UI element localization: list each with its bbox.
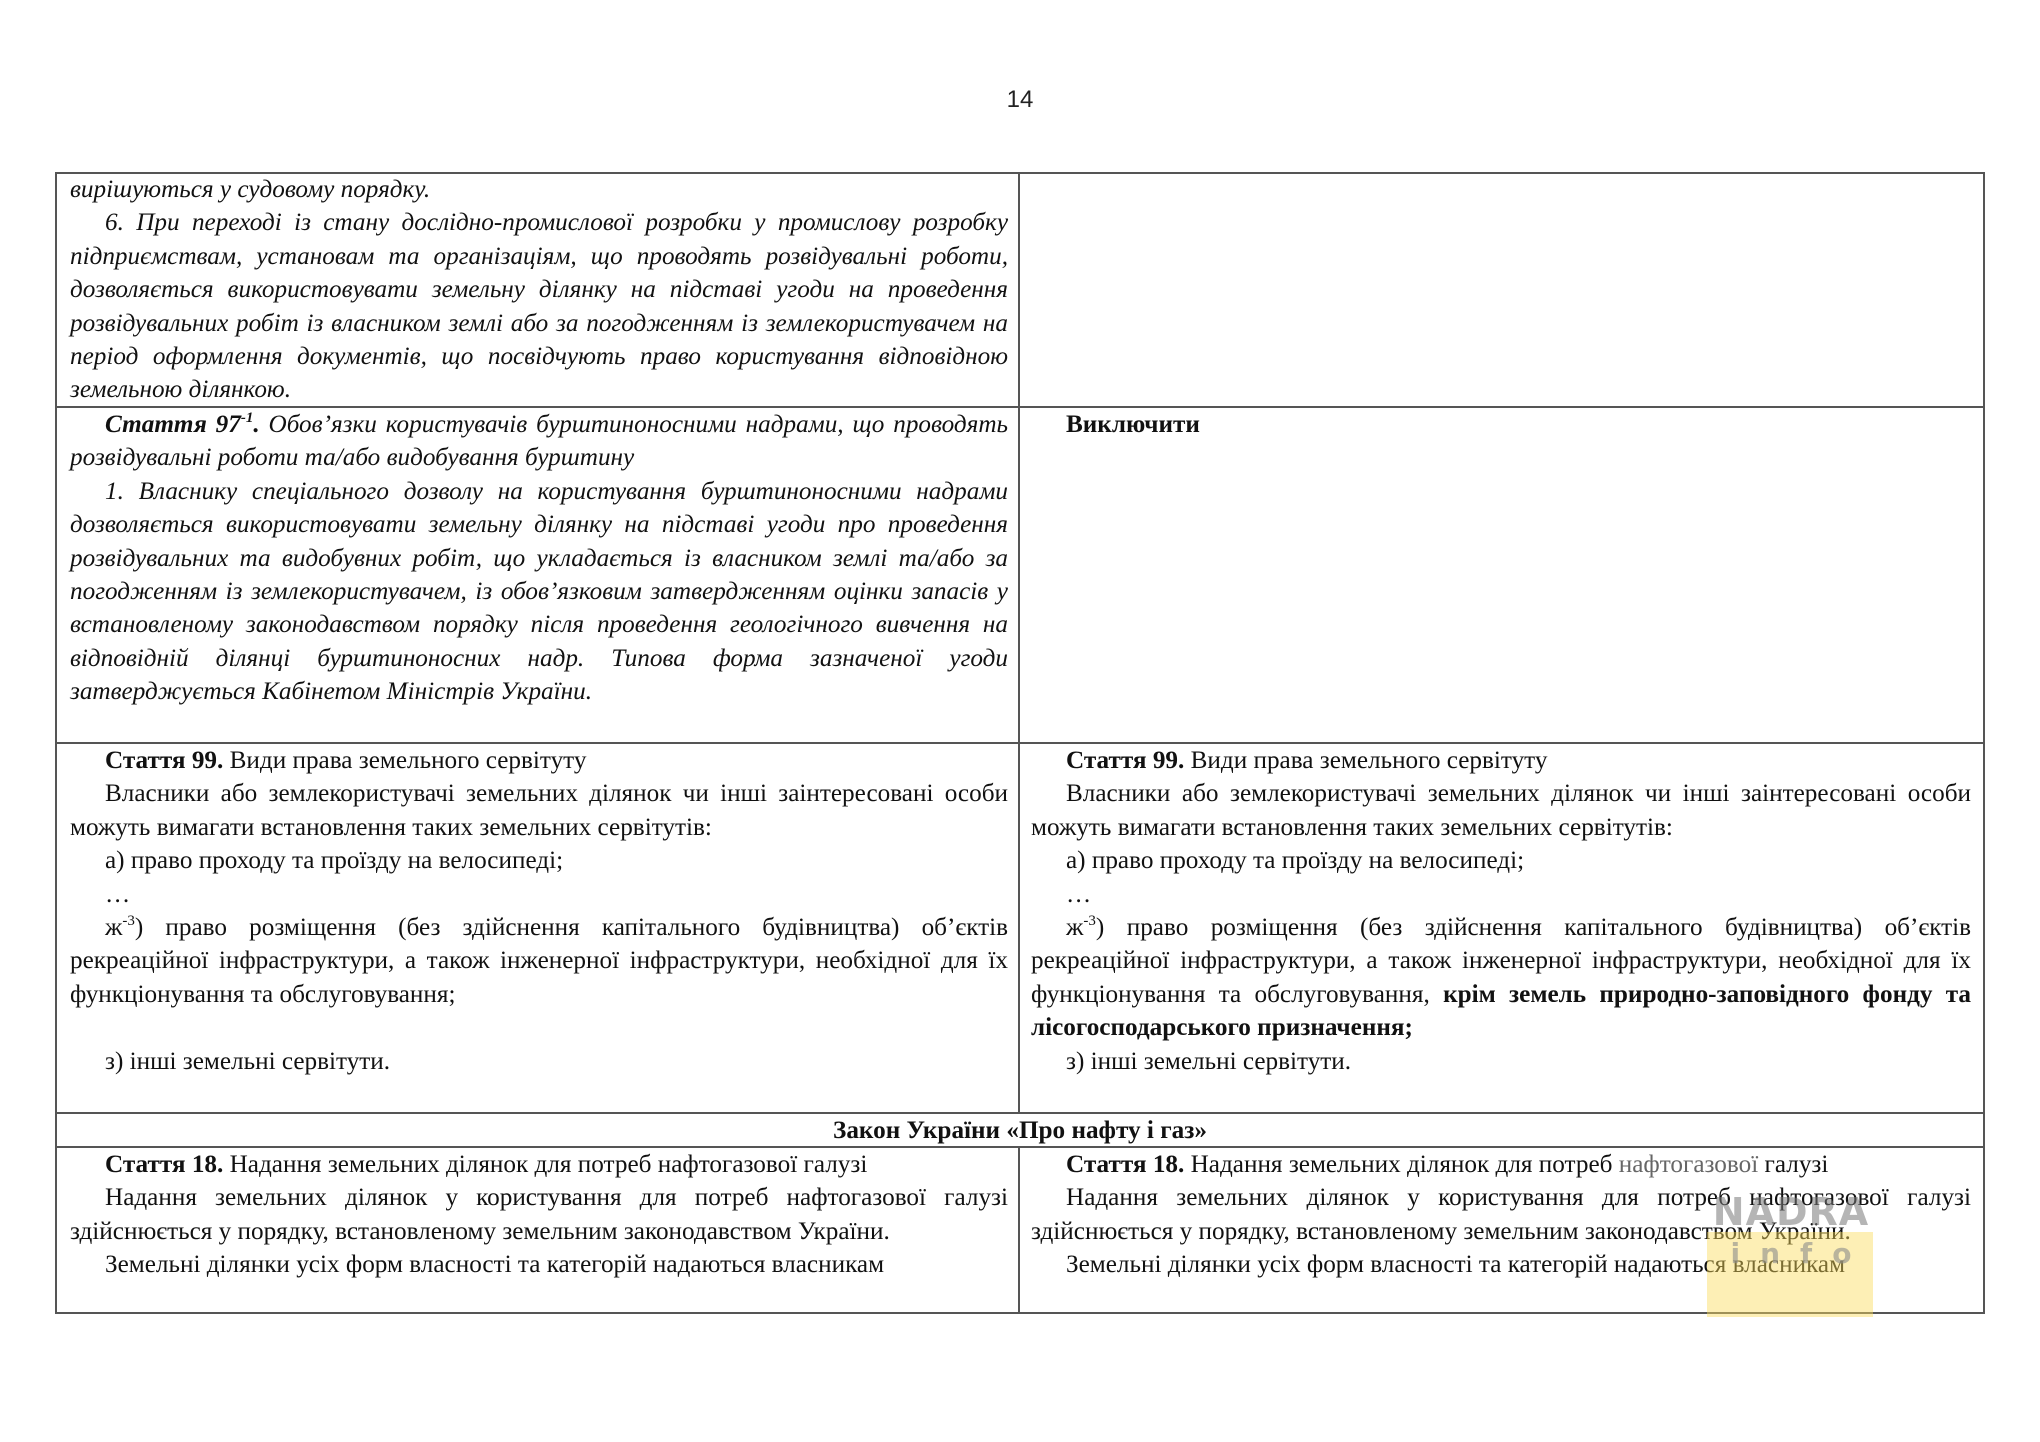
article-99-item-z: з) інші земельні сервітути. <box>70 1045 1008 1078</box>
article-18-title: Стаття 18. Надання земельних ділянок для… <box>1031 1148 1971 1181</box>
row1-left-line: вирішуються у судовому порядку. <box>70 173 1008 206</box>
article-99-item-zh-amended: ж-3) право розміщення (без здійснення ка… <box>1031 911 1971 1045</box>
article-18-title: Стаття 18. Надання земельних ділянок для… <box>70 1148 1008 1181</box>
column-divider <box>1018 1146 1020 1314</box>
watermark-logo-text: NADRA <box>1708 1192 1874 1232</box>
article-99-item-z: з) інші земельні сервітути. <box>1031 1045 1971 1078</box>
watermark-logo-subtext: info <box>1708 1238 1874 1270</box>
section-heading: Закон України «Про нафту і газ» <box>55 1114 1985 1147</box>
row1-left-paragraph-6: 6. При переході із стану дослідно-промис… <box>70 206 1008 406</box>
blank-line <box>70 1011 1008 1044</box>
article-97-1-label: Стаття 97-1. <box>105 411 260 438</box>
row2-left-cell: Стаття 97-1. Обов’язки користувачів бурш… <box>70 408 1008 709</box>
article-99-title: Стаття 99. Види права земельного сервіту… <box>70 744 1008 777</box>
article-99-intro: Власники або землекористувачі земельних … <box>70 777 1008 844</box>
article-18-paragraph-1: Надання земельних ділянок у користування… <box>70 1181 1008 1248</box>
row4-left-cell: Стаття 18. Надання земельних ділянок для… <box>70 1148 1008 1282</box>
article-99-item-a: а) право проходу та проїзду на велосипед… <box>1031 844 1971 877</box>
article-99-ellipsis: … <box>70 878 1008 911</box>
article-97-1-paragraph-1: 1. Власнику спеціального дозволу на кори… <box>70 475 1008 709</box>
table-border-bottom <box>55 1312 1985 1314</box>
article-97-1-title: Стаття 97-1. Обов’язки користувачів бурш… <box>70 408 1008 475</box>
article-18-paragraph-2: Земельні ділянки усіх форм власності та … <box>70 1248 1008 1281</box>
row2-right-cell: Виключити <box>1031 408 1971 441</box>
row1-left-cell: вирішуються у судовому порядку. 6. При п… <box>70 173 1008 407</box>
article-99-title: Стаття 99. Види права земельного сервіту… <box>1031 744 1971 777</box>
row3-right-cell: Стаття 99. Види права земельного сервіту… <box>1031 744 1971 1078</box>
article-99-ellipsis: … <box>1031 878 1971 911</box>
article-99-item-zh: ж-3) право розміщення (без здійснення ка… <box>70 911 1008 1011</box>
exclude-label: Виключити <box>1031 408 1971 441</box>
article-99-intro: Власники або землекористувачі земельних … <box>1031 777 1971 844</box>
row3-left-cell: Стаття 99. Види права земельного сервіту… <box>70 744 1008 1078</box>
column-divider <box>1018 172 1020 1113</box>
page-number: 14 <box>0 86 2040 114</box>
article-99-item-a: а) право проходу та проїзду на велосипед… <box>70 844 1008 877</box>
